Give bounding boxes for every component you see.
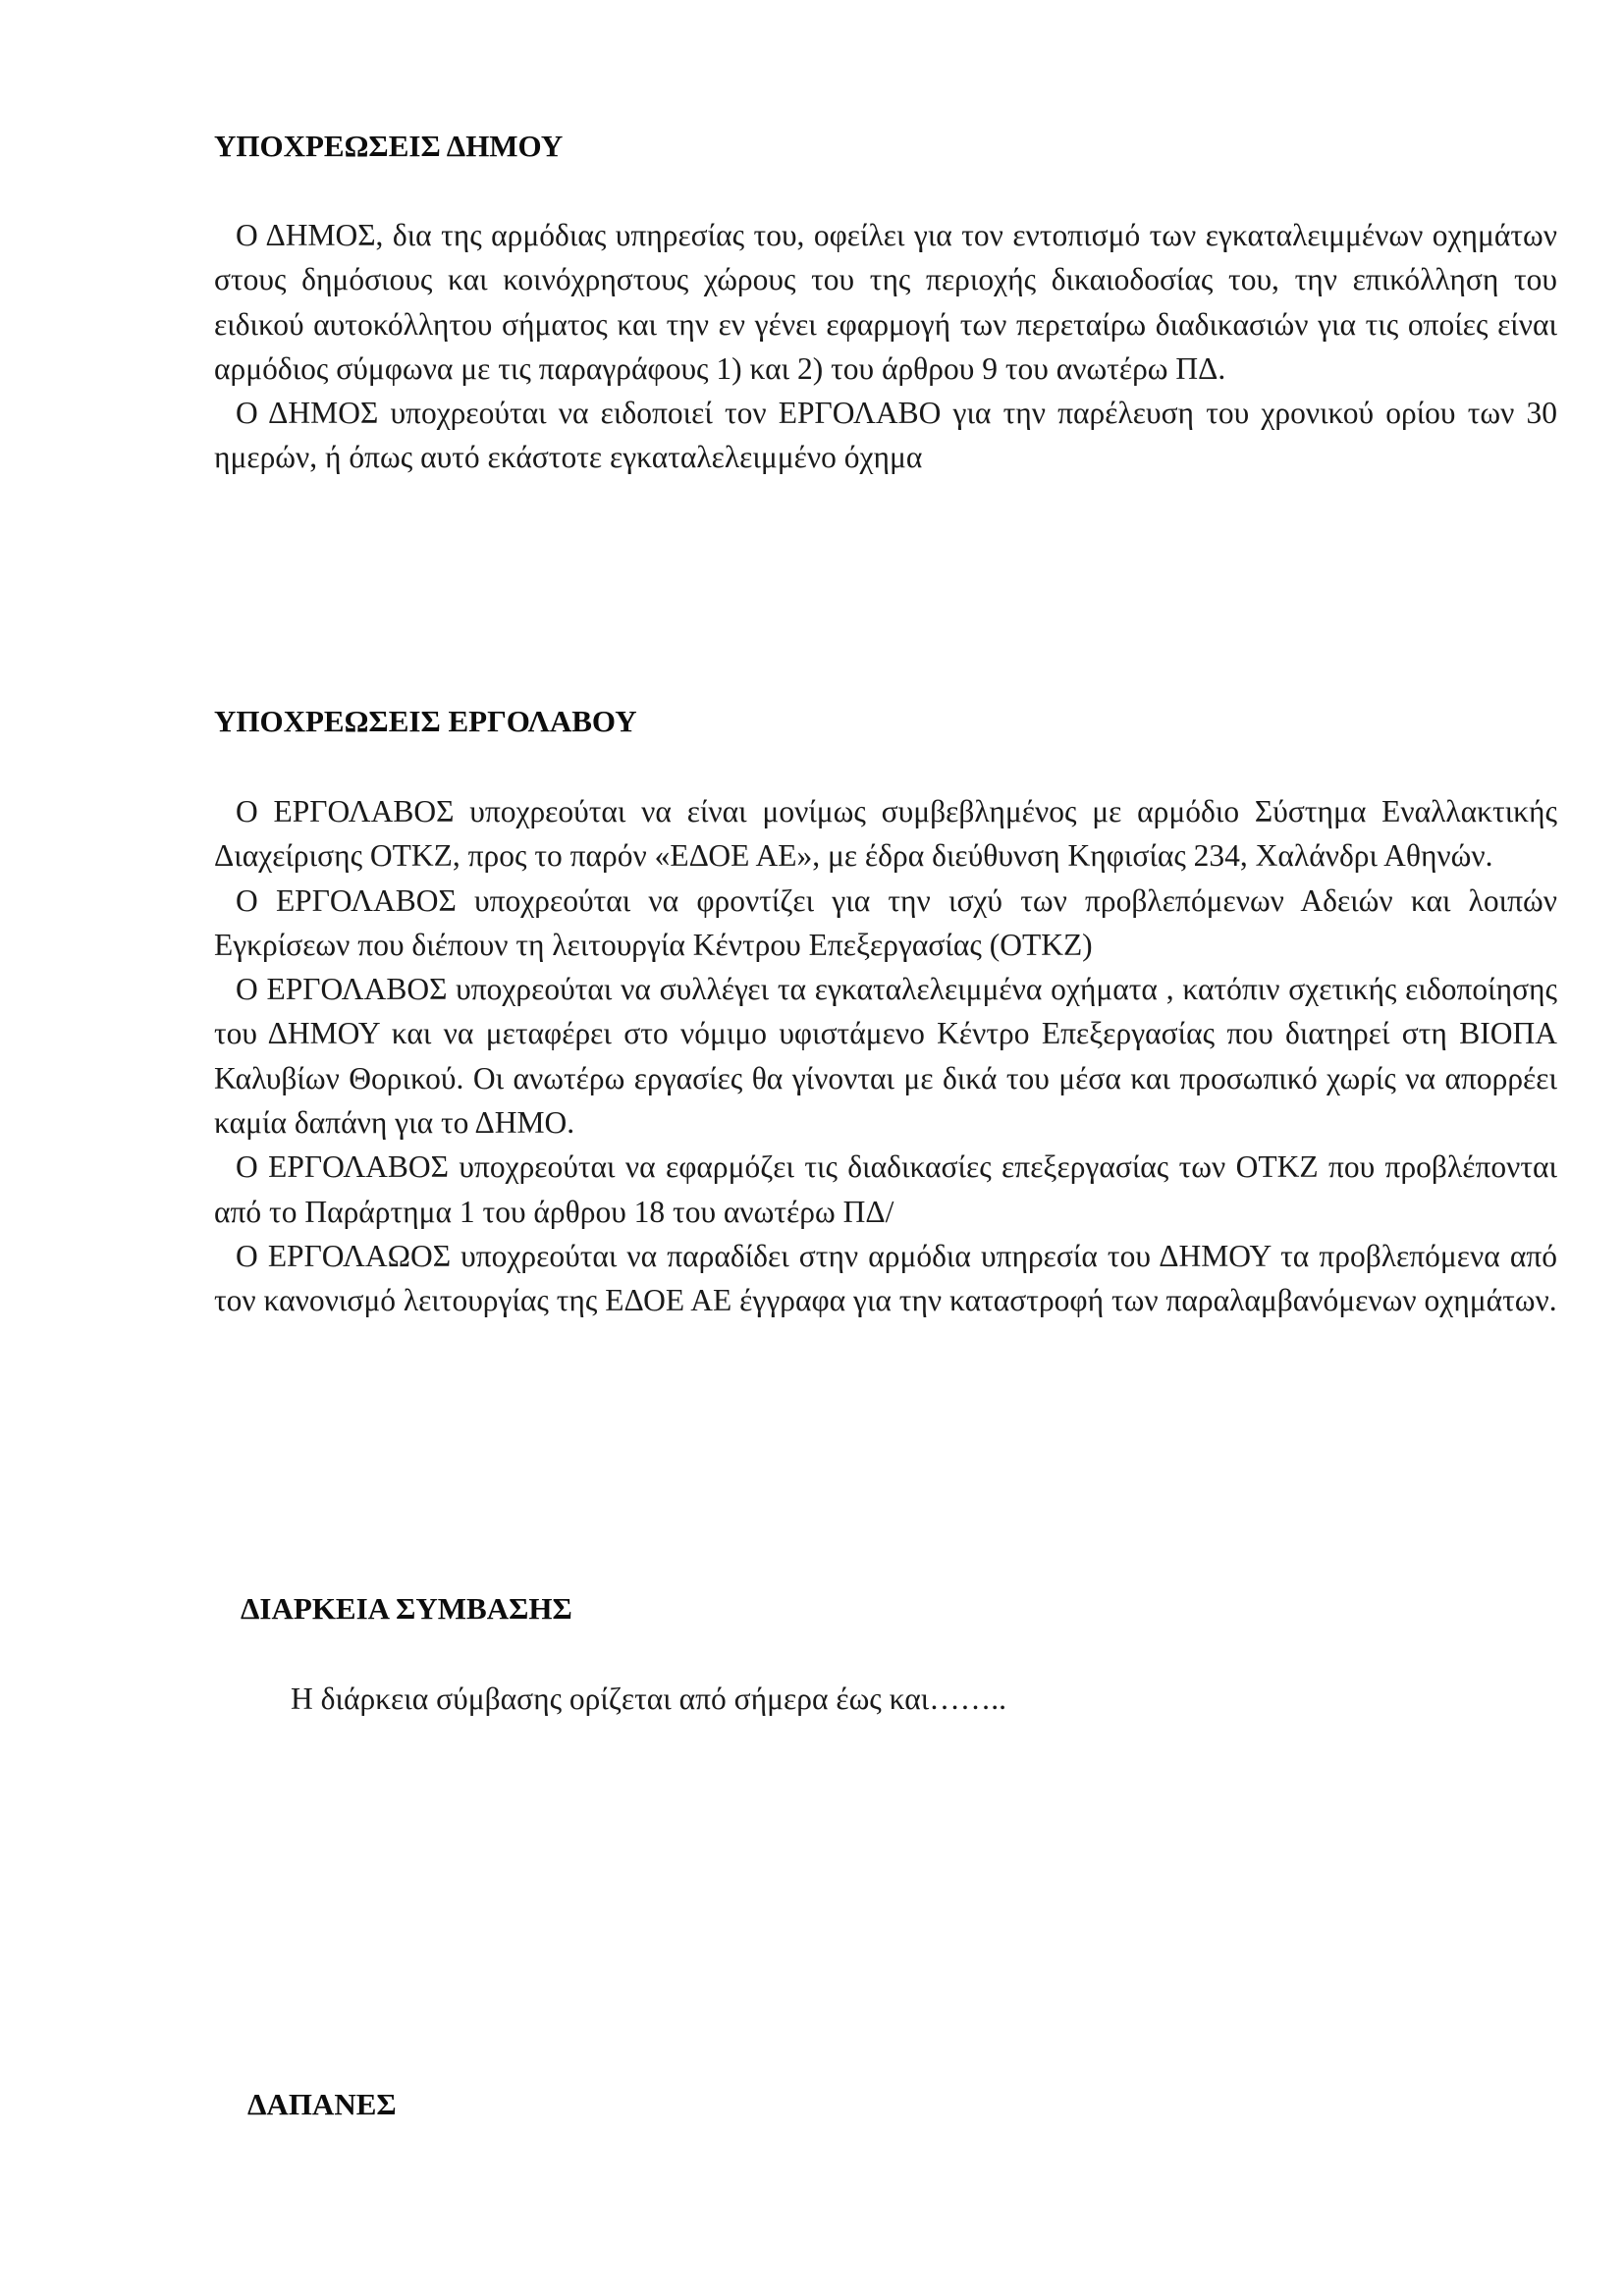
paragraph: Ο ΕΡΓΟΛΑΒΟΣ υποχρεούται να συλλέγει τα ε…	[214, 967, 1557, 1145]
section-heading-contractor-obligations: ΥΠΟΧΡΕΩΣΕΙΣ ΕΡΓΟΛΑΒΟΥ	[214, 704, 637, 739]
section-body-contractor-obligations: Ο ΕΡΓΟΛΑΒΟΣ υποχρεούται να είναι μονίμως…	[214, 789, 1557, 1323]
section-heading-expenses: ΔΑΠΑΝΕΣ	[247, 2087, 397, 2122]
paragraph-contract-duration: Η διάρκεια σύμβασης ορίζεται από σήμερα …	[291, 1677, 1006, 1721]
paragraph: Ο ΔΗΜΟΣ υποχρεούται να ειδοποιεί τον ΕΡΓ…	[214, 391, 1557, 480]
paragraph: Ο ΕΡΓΟΛΑΒΟΣ υποχρεούται να φροντίζει για…	[214, 879, 1557, 968]
paragraph: Ο ΕΡΓΟΛΑΒΟΣ υποχρεούται να είναι μονίμως…	[214, 789, 1557, 879]
paragraph: Ο ΕΡΓΟΛΑΩΟΣ υποχρεούται να παραδίδει στη…	[214, 1234, 1557, 1323]
paragraph: Ο ΕΡΓΟΛΑΒΟΣ υποχρεούται να εφαρμόζει τις…	[214, 1145, 1557, 1234]
paragraph: Ο ΔΗΜΟΣ, δια της αρμόδιας υπηρεσίας του,…	[214, 213, 1557, 391]
section-heading-contract-duration: ΔΙΑΡΚΕΙΑ ΣΥΜΒΑΣΗΣ	[241, 1591, 572, 1627]
document-page: ΥΠΟΧΡΕΩΣΕΙΣ ΔΗΜΟΥ Ο ΔΗΜΟΣ, δια της αρμόδ…	[0, 0, 1624, 2296]
section-heading-municipality-obligations: ΥΠΟΧΡΕΩΣΕΙΣ ΔΗΜΟΥ	[214, 129, 563, 164]
section-body-municipality-obligations: Ο ΔΗΜΟΣ, δια της αρμόδιας υπηρεσίας του,…	[214, 213, 1557, 480]
